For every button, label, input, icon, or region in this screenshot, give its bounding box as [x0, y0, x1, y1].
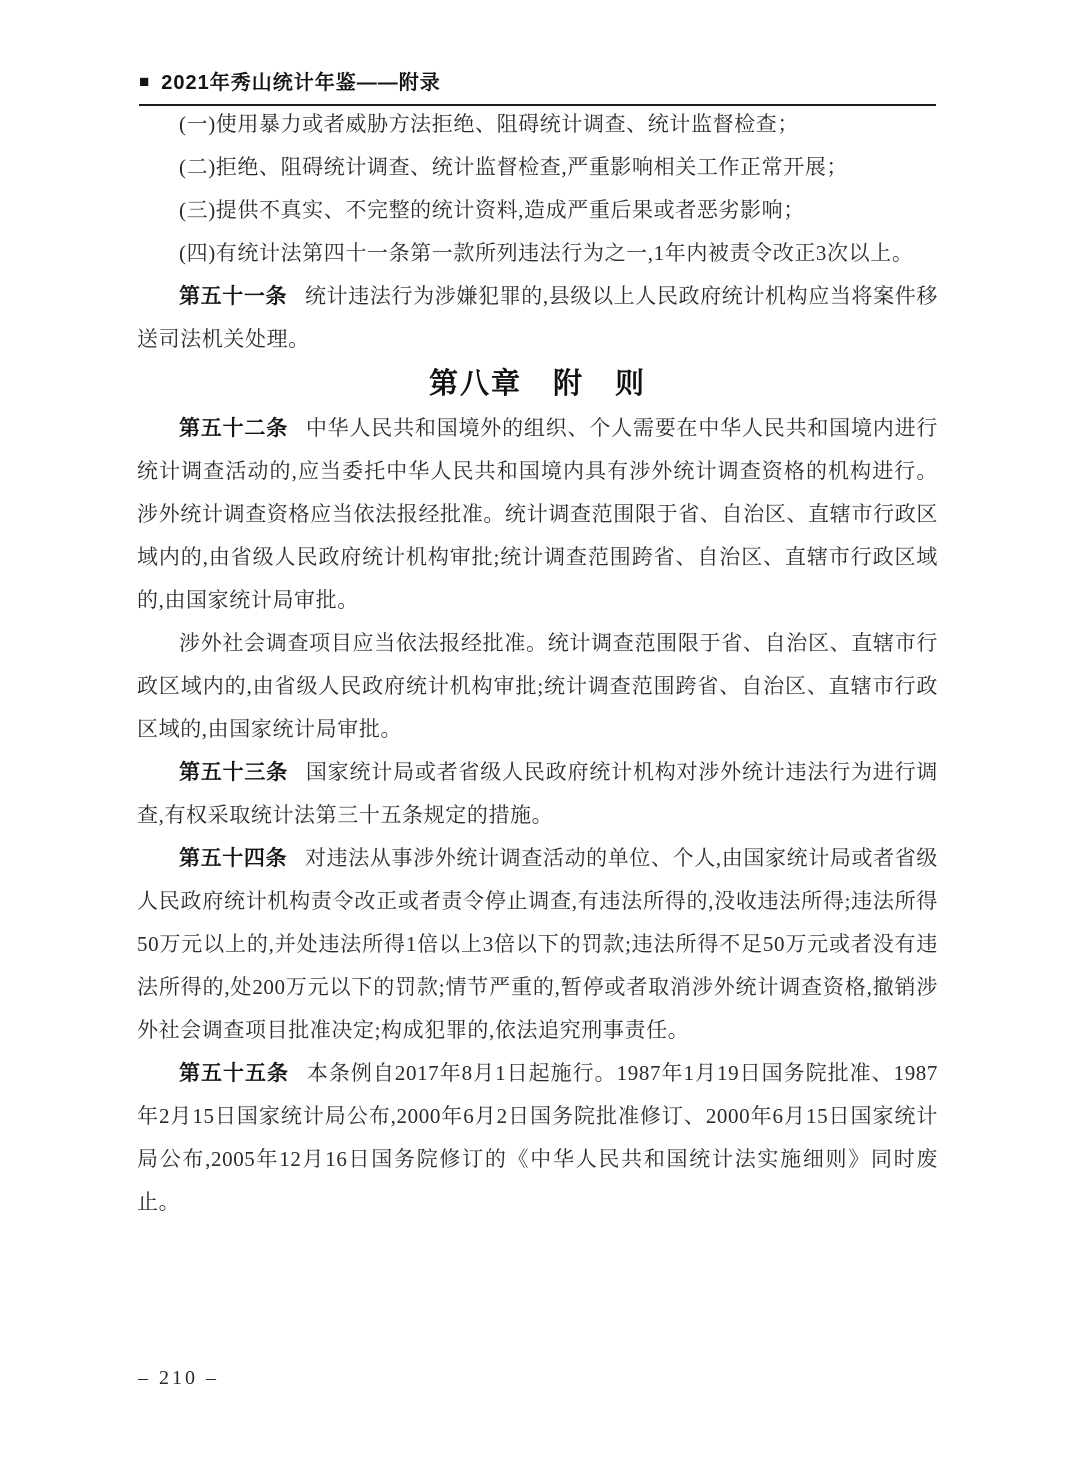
article-53: 第五十三条国家统计局或者省级人民政府统计机构对涉外统计违法行为进行调查,有权采取… [137, 751, 938, 837]
article-54: 第五十四条对违法从事涉外统计调查活动的单位、个人,由国家统计局或者省级人民政府统… [137, 837, 938, 1052]
article-55: 第五十五条本条例自2017年8月1日起施行。1987年1月19日国务院批准、19… [137, 1052, 938, 1224]
article-52-label: 第五十二条 [179, 417, 288, 440]
page-body: (一)使用暴力或者威胁方法拒绝、阻碍统计调查、统计监督检查； (二)拒绝、阻碍统… [137, 103, 938, 1224]
article-54-label: 第五十四条 [179, 847, 287, 870]
article-53-label: 第五十三条 [179, 761, 288, 784]
article-51: 第五十一条统计违法行为涉嫌犯罪的,县级以上人民政府统计机构应当将案件移送司法机关… [137, 275, 938, 361]
header-title: 2021年秀山统计年鉴——附录 [161, 66, 441, 95]
list-item-1: (一)使用暴力或者威胁方法拒绝、阻碍统计调查、统计监督检查； [137, 103, 938, 146]
list-item-2: (二)拒绝、阻碍统计调查、统计监督检查,严重影响相关工作正常开展； [137, 146, 938, 189]
article-51-label: 第五十一条 [179, 285, 287, 308]
document-page: ■ 2021年秀山统计年鉴——附录 (一)使用暴力或者威胁方法拒绝、阻碍统计调查… [0, 0, 1074, 1458]
list-item-4: (四)有统计法第四十一条第一款所列违法行为之一,1年内被责令改正3次以上。 [137, 232, 938, 275]
chapter-title: 第八章 附 则 [137, 361, 938, 407]
article-52: 第五十二条中华人民共和国境外的组织、个人需要在中华人民共和国境内进行统计调查活动… [137, 407, 938, 622]
article-54-text: 对违法从事涉外统计调查活动的单位、个人,由国家统计局或者省级人民政府统计机构责令… [137, 846, 938, 1042]
article-52-text: 中华人民共和国境外的组织、个人需要在中华人民共和国境内进行统计调查活动的,应当委… [137, 416, 938, 612]
paragraph-foreign-survey: 涉外社会调查项目应当依法报经批准。统计调查范围限于省、自治区、直辖市行政区域内的… [137, 622, 938, 751]
page-header: ■ 2021年秀山统计年鉴——附录 [139, 66, 936, 106]
list-item-3: (三)提供不真实、不完整的统计资料,造成严重后果或者恶劣影响； [137, 189, 938, 232]
page-number: – 210 – [138, 1367, 219, 1390]
article-55-label: 第五十五条 [179, 1062, 289, 1085]
header-square-icon: ■ [139, 73, 150, 90]
